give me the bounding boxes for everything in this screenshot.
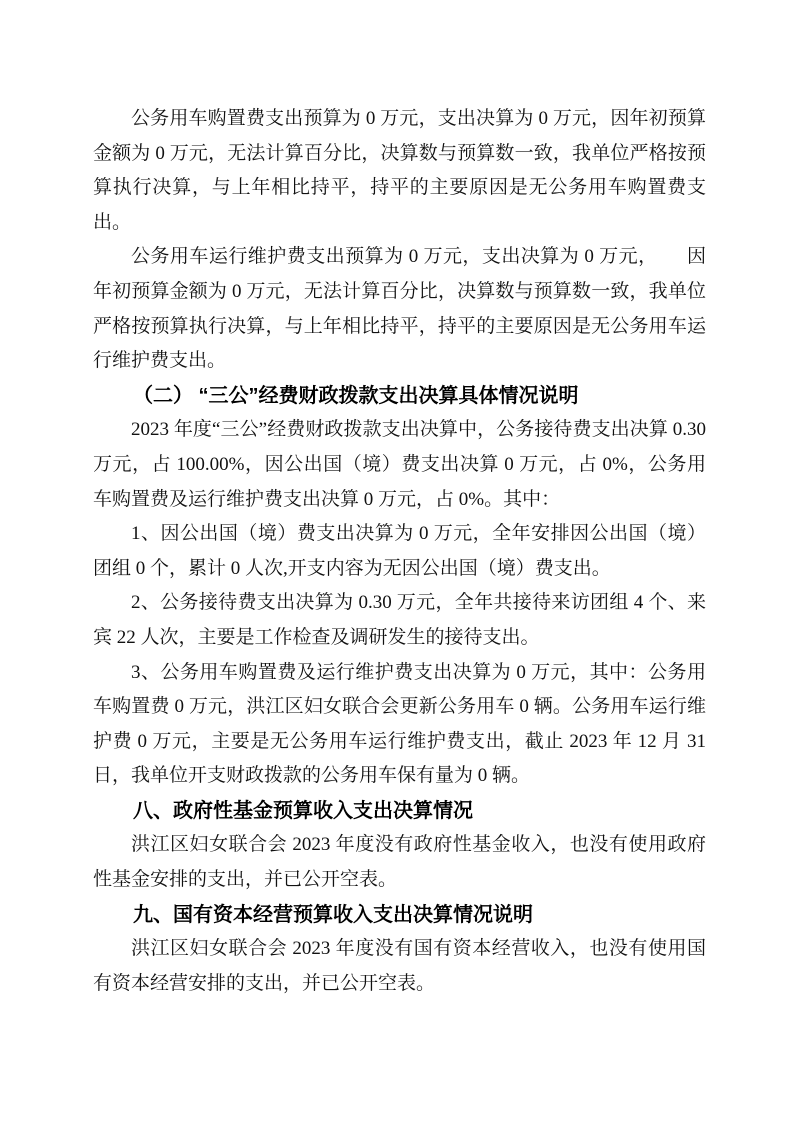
heading-section-9-state-capital: 九、国有资本经营预算收入支出决算情况说明 bbox=[93, 898, 706, 933]
heading-section-8-government-fund: 八、政府性基金预算收入支出决算情况 bbox=[93, 794, 706, 829]
paragraph-item-2-official-reception: 2、公务接待费支出决算为 0.30 万元，全年共接待来访团组 4 个、来宾 22… bbox=[93, 586, 706, 655]
paragraph-item-1-overseas-trips: 1、因公出国（境）费支出决算为 0 万元，全年安排因公出国（境）团组 0 个，累… bbox=[93, 517, 706, 586]
paragraph-vehicle-maintenance-budget: 公务用车运行维护费支出预算为 0 万元，支出决算为 0 万元， 因年初预算金额为… bbox=[93, 240, 706, 378]
paragraph-state-capital-statement: 洪江区妇女联合会 2023 年度没有国有资本经营收入，也没有使用国有资本经营安排… bbox=[93, 932, 706, 1001]
paragraph-vehicle-purchase-budget: 公务用车购置费支出预算为 0 万元，支出决算为 0 万元，因年初预算金额为 0 … bbox=[93, 102, 706, 240]
heading-sangong-expense-detail: （二） “三公”经费财政拨款支出决算具体情况说明 bbox=[93, 379, 706, 414]
paragraph-government-fund-statement: 洪江区妇女联合会 2023 年度没有政府性基金收入，也没有使用政府性基金安排的支… bbox=[93, 828, 706, 897]
paragraph-item-3-official-vehicles: 3、公务用车购置费及运行维护费支出决算为 0 万元，其中：公务用车购置费 0 万… bbox=[93, 656, 706, 794]
document-page: 公务用车购置费支出预算为 0 万元，支出决算为 0 万元，因年初预算金额为 0 … bbox=[0, 0, 793, 1122]
paragraph-sangong-overview: 2023 年度“三公”经费财政拨款支出决算中，公务接待费支出决算 0.30 万元… bbox=[93, 413, 706, 517]
